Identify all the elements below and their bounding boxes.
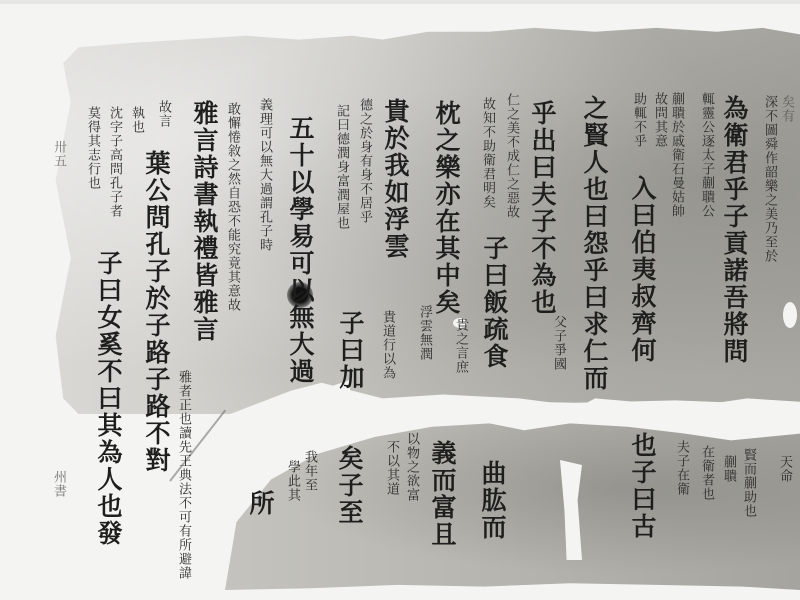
lower-fragment-column: 天命	[778, 455, 791, 483]
manuscript-column: 五十以學易可以無大過	[288, 115, 313, 385]
manuscript-column: 助輒不乎	[632, 92, 645, 148]
manuscript-column: 雅者正也讀先王典法不可有所避諱	[177, 370, 190, 580]
manuscript-column: 貴道行以為	[381, 310, 394, 380]
manuscript-column: 枕之樂亦在其中矣	[434, 100, 459, 316]
manuscript-column: 子曰女奚不曰其為人也發	[96, 250, 121, 547]
manuscript-column: 卅五	[52, 140, 65, 168]
manuscript-column: 父子爭國	[552, 315, 565, 371]
lower-fragment-column: 學此其	[286, 460, 299, 502]
manuscript-column: 德之於身有身不居乎	[358, 98, 371, 224]
top-border-strip	[0, 0, 800, 4]
manuscript-column: 浮雲無潤	[418, 305, 431, 361]
manuscript-column: 輒靈公逐太子蒯聵公	[700, 92, 713, 218]
manuscript-column: 記曰德潤身富潤屋也	[335, 104, 348, 230]
lower-fragment-column: 蒯聵	[722, 455, 735, 483]
manuscript-column: 子曰飯疏食	[482, 235, 507, 370]
manuscript-column: 仁之美不成仁之惡故	[505, 93, 518, 219]
lower-fragment-column: 所	[248, 490, 273, 517]
manuscript-column: 入曰伯夷叔齊何	[630, 175, 655, 364]
manuscript-column: 敢懈惓敘之然自恐不能究竟其意故	[226, 102, 239, 312]
manuscript-column: 沈字子高問孔子者	[108, 106, 121, 218]
manuscript-column: 為衛君乎子貢諾吾將問	[722, 95, 747, 365]
manuscript-column: 故問其意	[653, 92, 666, 148]
manuscript-column: 故言	[157, 100, 170, 128]
manuscript-column: 葉公問孔子於子路子路不對	[144, 150, 169, 474]
manuscript-column: 之賢人也曰怨乎曰求仁而	[582, 95, 607, 392]
manuscript-column: 矣有	[780, 95, 793, 123]
manuscript-column: 執也	[130, 106, 143, 134]
manuscript-column: 雅言詩書執禮皆雅言	[192, 100, 217, 343]
lower-fragment-column: 賢而蒯助也	[742, 448, 755, 518]
manuscript-column: 莫得其志行也	[86, 106, 99, 190]
lower-fragment-column: 矣子至	[337, 445, 362, 526]
manuscript-column: 乎出曰夫子不為也	[530, 100, 555, 316]
manuscript-column: 義理可以無大過謂孔子時	[258, 98, 271, 252]
paper-hole	[783, 302, 797, 328]
manuscript-column: 貴於我如浮雲	[383, 98, 408, 260]
manuscript-column: 子曰加	[338, 310, 363, 391]
manuscript-column: 蒯聵於戚衛石曼姑帥	[670, 92, 683, 218]
lower-fragment-column: 不以其道	[385, 440, 398, 496]
manuscript-column: 貴之言庶	[454, 318, 467, 374]
lower-fragment-column: 我年至	[303, 450, 316, 492]
manuscript-column: 深不圖舜作韶樂之美乃至於	[763, 95, 776, 263]
lower-fragment-column: 以物之欲富	[405, 432, 418, 502]
lower-fragment-column: 也子曰古	[630, 432, 655, 540]
lower-fragment-column: 夫子在衛	[675, 440, 688, 496]
lower-fragment-column: 義而富且	[430, 440, 455, 548]
lower-fragment-column: 在衛者也	[700, 445, 713, 501]
manuscript-column: 故知不助衛君明矣	[481, 97, 494, 209]
lower-fragment-column: 曲肱而	[480, 460, 505, 541]
manuscript-column: 州書	[52, 470, 65, 498]
